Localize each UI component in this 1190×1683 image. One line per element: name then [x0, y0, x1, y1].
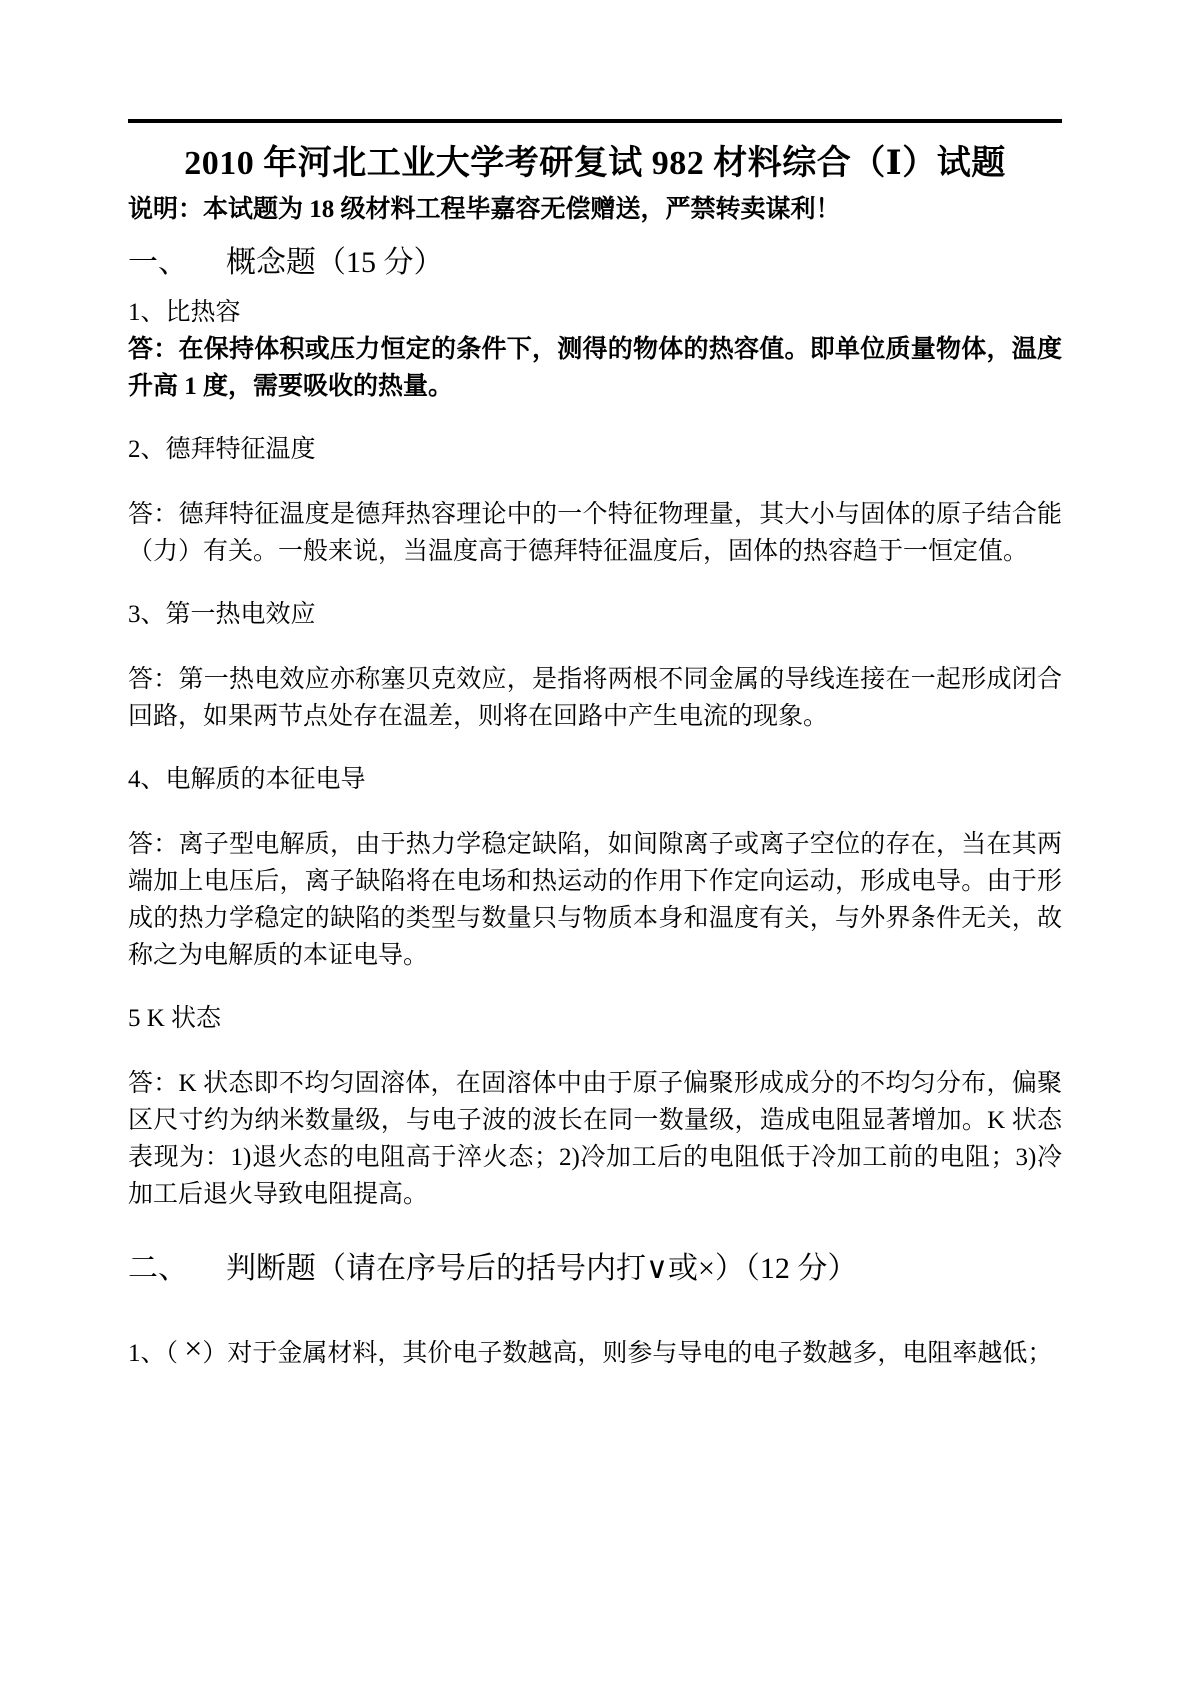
disclaimer-note: 说明：本试题为 18 级材料工程毕嘉容无偿赠送，严禁转卖谋利！: [128, 192, 1062, 227]
question-4: 4、电解质的本征电导: [128, 761, 1062, 798]
answer-4: 答：离子型电解质，由于热力学稳定缺陷，如间隙离子或离子空位的存在，当在其两端加上…: [128, 826, 1062, 974]
answer-1: 答：在保持体积或压力恒定的条件下，测得的物体的热容值。即单位质量物体，温度升高 …: [128, 331, 1062, 405]
judge-item-number: 1、: [128, 1340, 166, 1367]
answer-5: 答：K 状态即不均匀固溶体，在固溶体中由于原子偏聚形成成分的不均匀分布，偏聚区尺…: [128, 1065, 1062, 1213]
paren-close: ）: [202, 1340, 227, 1367]
section2-heading: 二、判断题（请在序号后的括号内打∨或×）（12 分）: [128, 1249, 1062, 1288]
section1-number: 一、: [128, 243, 188, 282]
cross-mark: ×: [184, 1330, 202, 1366]
exam-page: 2010 年河北工业大学考研复试 982 材料综合（Ⅰ）试题 说明：本试题为 1…: [0, 0, 1190, 1683]
question-2: 2、德拜特征温度: [128, 431, 1062, 468]
judge-item-1: 1、（ ×）对于金属材料，其价电子数越高，则参与导电的电子数越多，电阻率越低；: [128, 1314, 1062, 1394]
header-rule: [128, 119, 1062, 123]
section2-number: 二、: [128, 1249, 188, 1288]
answer-2: 答：德拜特征温度是德拜热容理论中的一个特征物理量，其大小与固体的原子结合能（力）…: [128, 496, 1062, 570]
section1-heading: 一、概念题（15 分）: [128, 243, 1062, 282]
question-3: 3、第一热电效应: [128, 596, 1062, 633]
question-1: 1、比热容: [128, 294, 1062, 331]
section2-title: 判断题（请在序号后的括号内打∨或×）（12 分）: [226, 1252, 857, 1285]
judge-item-text: 对于金属材料，其价电子数越高，则参与导电的电子数越多，电阻率越低；: [227, 1340, 1052, 1367]
question-5: 5 K 状态: [128, 1000, 1062, 1037]
section1-title: 概念题（15 分）: [226, 246, 444, 279]
answer-3: 答：第一热电效应亦称塞贝克效应，是指将两根不同金属的导线连接在一起形成闭合回路，…: [128, 661, 1062, 735]
paren-open: （: [166, 1340, 185, 1367]
page-title: 2010 年河北工业大学考研复试 982 材料综合（Ⅰ）试题: [128, 143, 1062, 186]
